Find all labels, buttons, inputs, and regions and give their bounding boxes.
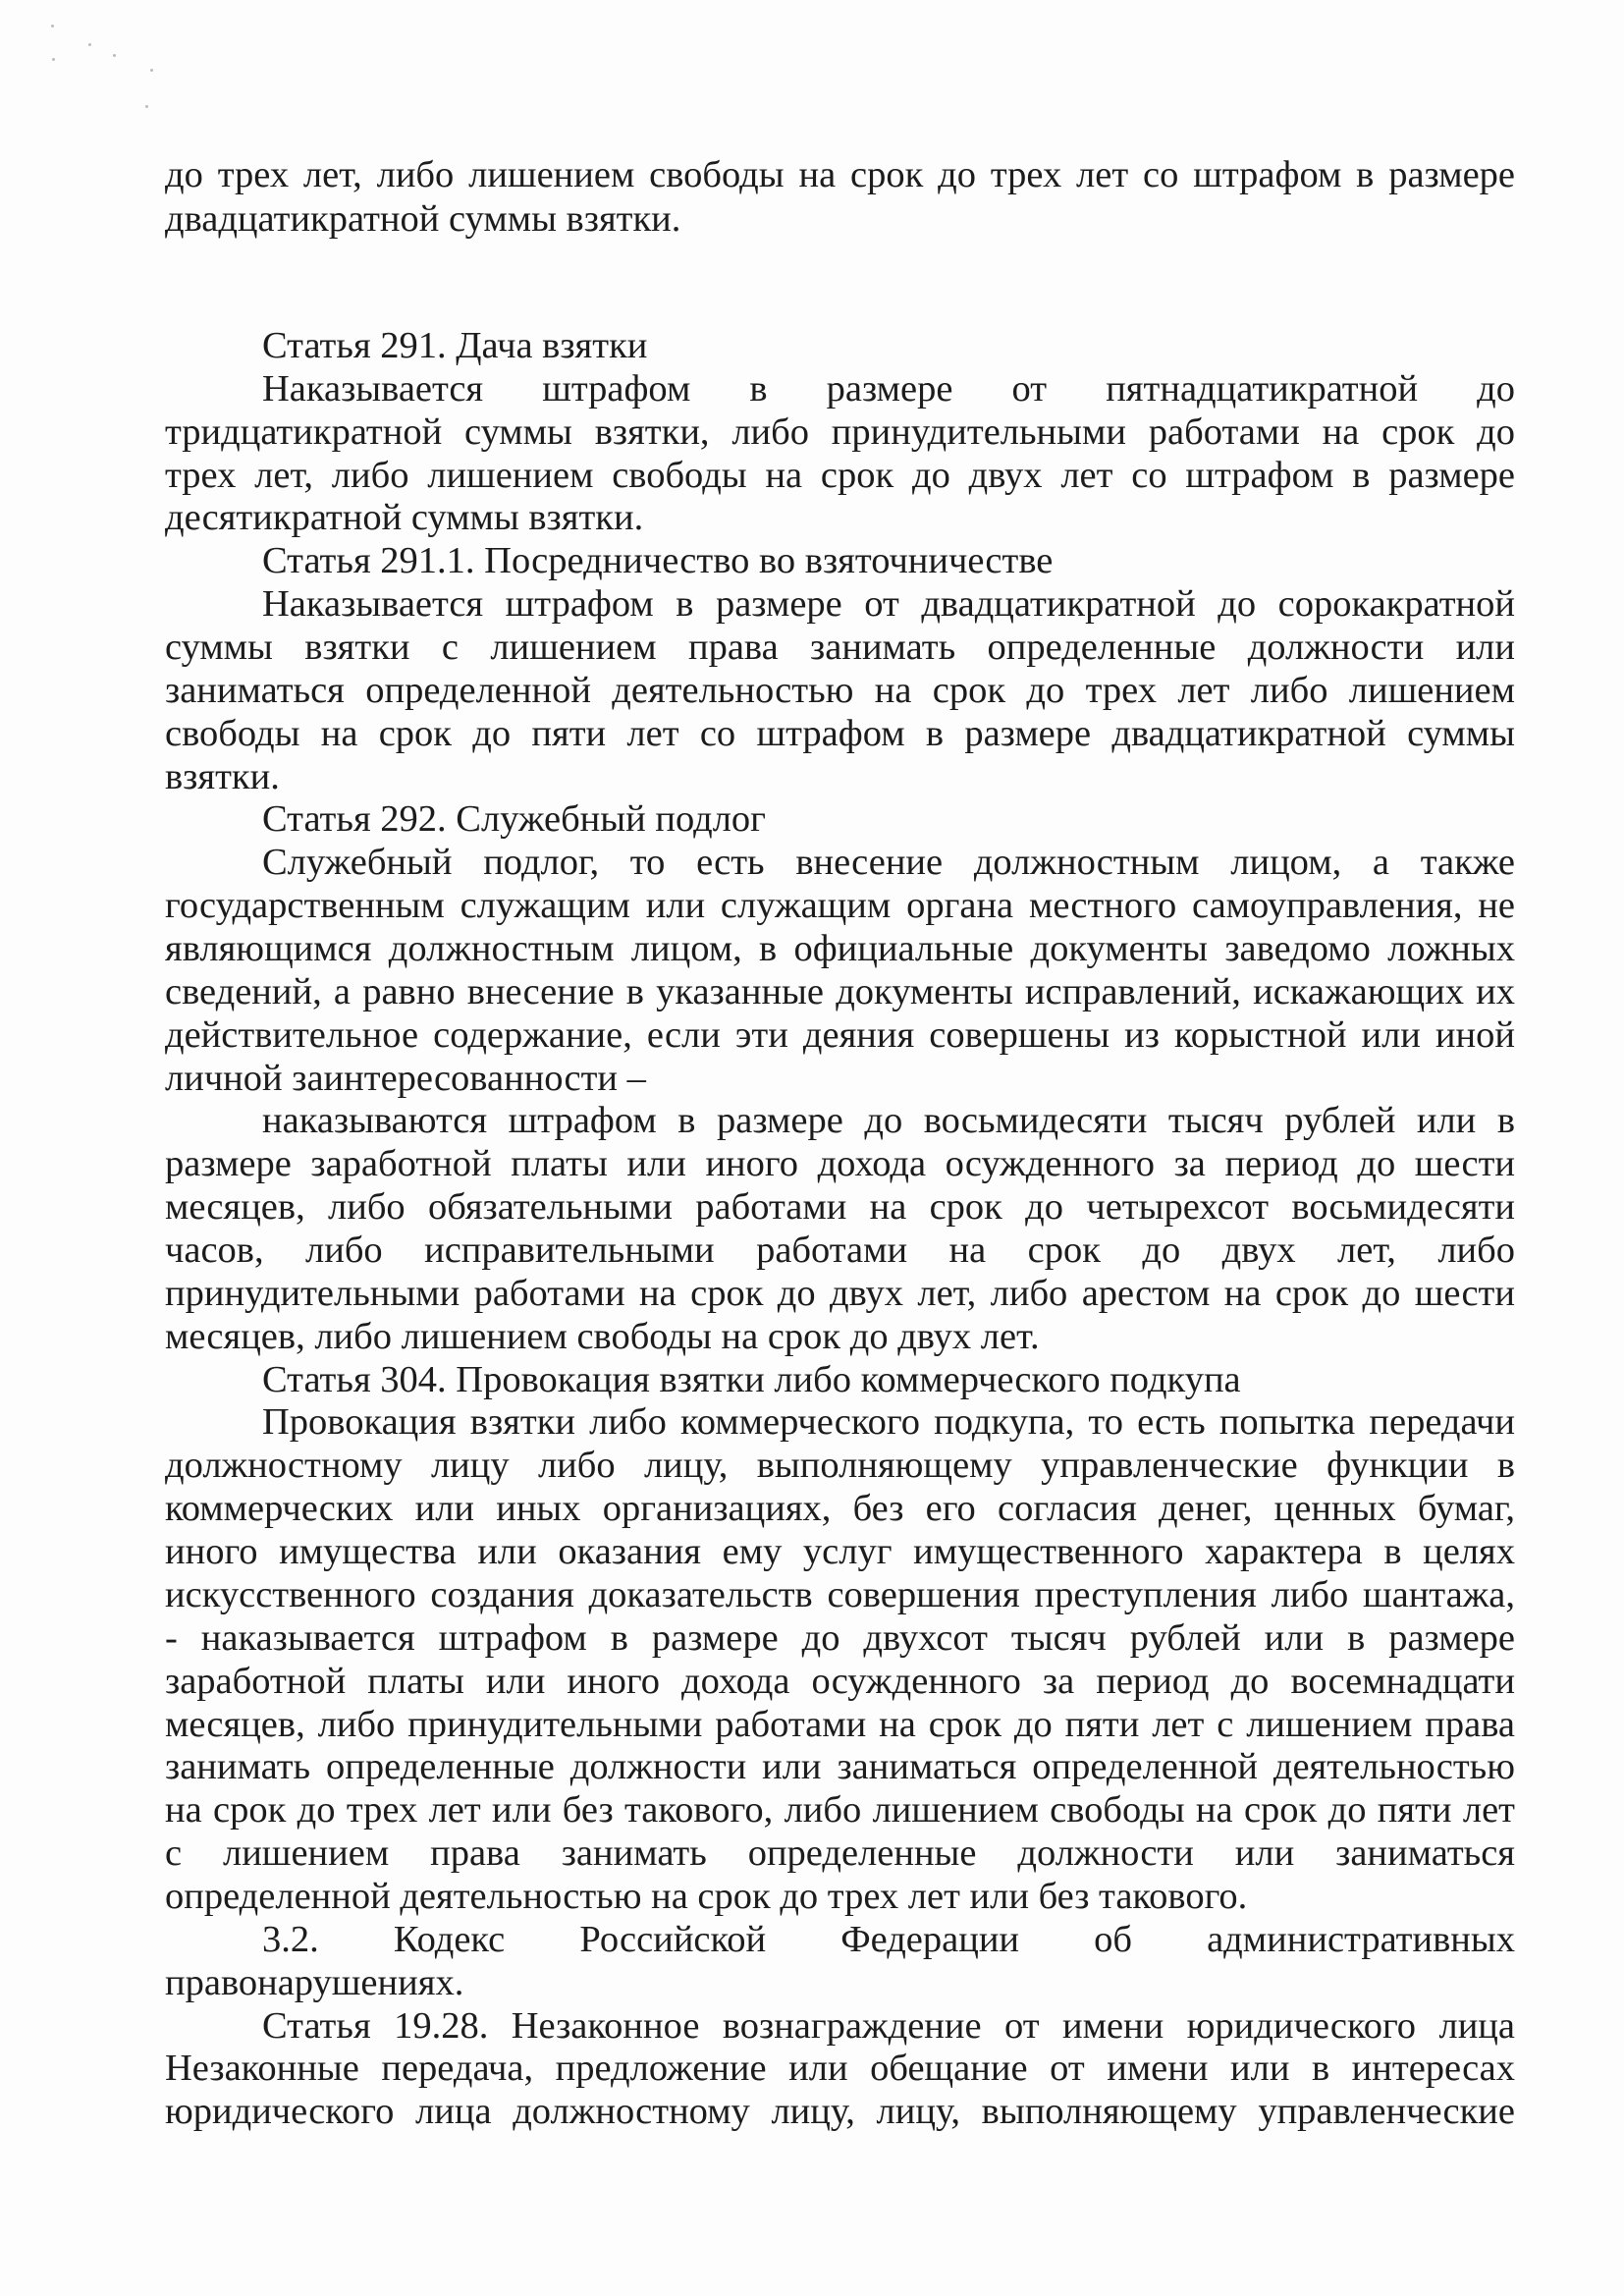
text-line: личной заинтересованности – <box>165 1058 1515 1101</box>
text-line: часов, либо исправительными работами на … <box>165 1230 1515 1273</box>
text-line: искусственного создания доказательств со… <box>165 1574 1515 1617</box>
text-line: действительное содержание, если эти деян… <box>165 1014 1515 1058</box>
text-line: коммерческих или иных организациях, без … <box>165 1488 1515 1531</box>
text-line: принудительными работами на срок до двух… <box>165 1273 1515 1316</box>
text-line: сведений, а равно внесение в указанные д… <box>165 971 1515 1014</box>
text-line: месяцев, либо лишением свободы на срок д… <box>165 1316 1515 1359</box>
text-line: трех лет, либо лишением свободы на срок … <box>165 455 1515 498</box>
text-line: размере заработной платы или иного доход… <box>165 1143 1515 1186</box>
scan-speck <box>145 105 148 108</box>
article-heading-304: Статья 304. Провокация взятки либо комме… <box>165 1359 1515 1402</box>
text-line: Наказывается штрафом в размере от пятнад… <box>165 368 1515 411</box>
text-line: тридцатикратной суммы взятки, либо прину… <box>165 411 1515 455</box>
text-line: месяцев, либо обязательными работами на … <box>165 1186 1515 1230</box>
articles-body: Статья 291. Дача взятки Наказывается штр… <box>165 325 1515 2134</box>
scan-speck <box>51 25 54 27</box>
article-heading-19-28: Статья 19.28. Незаконное вознаграждение … <box>165 2005 1515 2049</box>
text-line: юридического лица должностному лицу, лиц… <box>165 2091 1515 2134</box>
text-line: являющимся должностным лицом, в официаль… <box>165 928 1515 971</box>
text-line: с лишением права занимать определенные д… <box>165 1832 1515 1876</box>
text-line: иного имущества или оказания ему услуг и… <box>165 1531 1515 1574</box>
text-line: взятки. <box>165 756 1515 799</box>
document-page: до трех лет, либо лишением свободы на ср… <box>0 0 1624 2296</box>
text-line: заработной платы или иного дохода осужде… <box>165 1661 1515 1704</box>
text-line: наказываются штрафом в размере до восьми… <box>165 1100 1515 1143</box>
text-line: заниматься определенной деятельностью на… <box>165 670 1515 713</box>
text-line: государственным служащим или служащим ор… <box>165 885 1515 928</box>
text-line: на срок до трех лет или без такового, ли… <box>165 1789 1515 1832</box>
section-heading-3-2-cont: правонарушениях. <box>165 1962 1515 2005</box>
text-line: определенной деятельностью на срок до тр… <box>165 1876 1515 1919</box>
text-line: - наказывается штрафом в размере до двух… <box>165 1617 1515 1661</box>
scan-speck <box>52 58 55 61</box>
article-heading-291-1: Статья 291.1. Посредничество во взяточни… <box>165 540 1515 583</box>
text-line: суммы взятки с лишением права занимать о… <box>165 627 1515 670</box>
text-line: должностному лицу либо лицу, выполняющем… <box>165 1445 1515 1488</box>
text-line: двадцатикратной суммы взятки. <box>165 197 1515 242</box>
text-line: десятикратной суммы взятки. <box>165 497 1515 540</box>
text-line: Провокация взятки либо коммерческого под… <box>165 1401 1515 1445</box>
article-heading-291: Статья 291. Дача взятки <box>165 325 1515 368</box>
text-line: Наказывается штрафом в размере от двадца… <box>165 583 1515 627</box>
text-line: Незаконные передача, предложение или обе… <box>165 2048 1515 2091</box>
scan-speck <box>88 43 91 46</box>
section-heading-3-2: 3.2. Кодекс Российской Федерации об адми… <box>165 1919 1515 1962</box>
text-line: свободы на срок до пяти лет со штрафом в… <box>165 713 1515 756</box>
text-line: занимать определенные должности или зани… <box>165 1746 1515 1789</box>
scan-speck <box>113 54 116 57</box>
continuation-paragraph: до трех лет, либо лишением свободы на ср… <box>165 153 1515 241</box>
text-line: Служебный подлог, то есть внесение должн… <box>165 842 1515 885</box>
text-line: месяцев, либо принудительными работами н… <box>165 1704 1515 1747</box>
scan-speck <box>150 69 153 72</box>
article-heading-292: Статья 292. Служебный подлог <box>165 798 1515 842</box>
text-line: до трех лет, либо лишением свободы на ср… <box>165 153 1515 197</box>
